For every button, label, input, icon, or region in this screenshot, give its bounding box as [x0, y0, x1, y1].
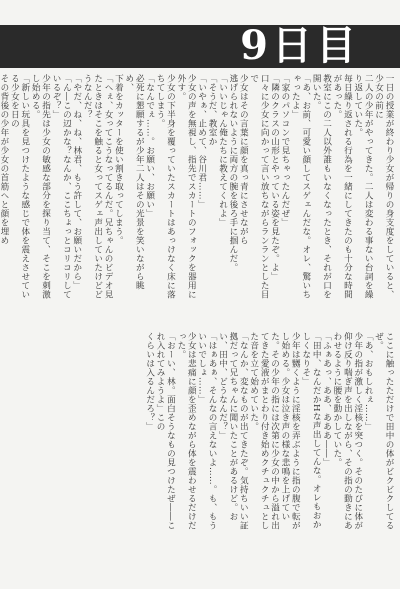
text-paragraph: 逃げられないように両方の腕を後ろ手に掴んだ。 [228, 74, 238, 299]
upper-text-block: 一日の授業が終わり少女が帰りの身支度をしていると、少女の前に二人の少年がやってき… [2, 74, 394, 299]
text-paragraph: 少女の声を無視し、指先でスカートのフォックを器用に外す。 [175, 74, 196, 299]
text-paragraph: 少女はその言葉に顔を真っ青にさせながら [238, 74, 248, 299]
text-paragraph: 毎日繰り返される行為を一緒にしてきたのも十分な時間があった。 [332, 74, 353, 299]
text-paragraph: 「おーい、林。面白そうなもの見つけたぜ――これ入れてみようよ」この [155, 332, 176, 532]
text-paragraph: 「新しい玩具を見つけたような感じで体を震えさせている少女を日の [9, 74, 30, 299]
text-paragraph: 教室にこの二人以外誰もいなくなったとき、それが口を開いた。 [311, 74, 332, 299]
text-paragraph: 少年の指が激しく淫核を突つく。そのたびに体が仰け反り喘ぎ声を出しながら、その指の… [332, 332, 363, 532]
text-paragraph: 少年は嬲くように淫核を弄ぶように指の腹で転がし始める。少女は泣き声の様な悲鳴を上… [248, 332, 300, 532]
text-paragraph: 下着をカッターを使い割き取ってしまう。 [113, 74, 123, 299]
text-paragraph: 少年の指先は少女の敏感な部分を探り当て、そこを刺激し始める。 [30, 74, 51, 299]
text-paragraph: 「ふぁあっ、ああ、あああ――」 [321, 332, 331, 532]
text-paragraph: くらいは入るんだろ？」 [144, 332, 154, 532]
text-paragraph: 「やだ、ね、ね、林君、もう許して、お願いだから」 [71, 74, 81, 299]
text-paragraph: 口々に少女に向かって言い放ちながらランランとした目で [248, 74, 269, 299]
chapter-title: 9日目 [240, 22, 360, 70]
text-paragraph: 少女の下半身を覆っていたスカートはあっけなく床に落ちてしまう。 [155, 74, 176, 299]
text-paragraph: 「あ、おもしれぇ……」 [363, 332, 373, 532]
text-paragraph: 「なんか、変なものが出てきたぞ。気持ちいい証拠だって兄ちゃんに聞いたことがあるけ… [217, 332, 248, 532]
text-paragraph: 「そうだ、教室か [207, 74, 217, 299]
text-paragraph: 一日の授業が終わり少女が帰りの身支度をしていると、少女の前に [373, 74, 394, 299]
text-paragraph: 必死に懇願するが少年二人はその光景を笑いながら眺め、 [123, 74, 144, 299]
text-paragraph: ここに触ったただけで田中の体がビクビクしてるぜ。 [373, 332, 394, 532]
text-paragraph: 少女は悲痛に顔を歪めながら体を震わせるだけだった。 [175, 332, 196, 532]
text-paragraph: 「田中、なんだかHな声出してんな。オレもおかしくなりそ」 [300, 332, 321, 532]
text-paragraph: 「いやぁ、止めて、谷川君……」 [196, 74, 206, 299]
text-paragraph: その背後の少年が少女の首筋へと顔を埋め [0, 74, 9, 299]
text-paragraph: 「あ、お前、可愛い顔してスゲェんだな。オレ、驚いちゃったよ」 [290, 74, 311, 299]
lower-text-block: ここに触ったただけで田中の体がビクビクしてるぜ。「あ、おもしれぇ……」少年の指が… [208, 332, 394, 532]
text-paragraph: 「へぇ、女ってこうなってるんだ。兄ちゃんのビデオ見たときはそこを触ると女ってスゲ… [82, 74, 113, 299]
text-paragraph: 「なんでぇ……。お願い、お願い」 [144, 74, 154, 299]
text-paragraph: 「家のパソコンで見ちゃったんだぜ」 [280, 74, 290, 299]
text-paragraph: 「ん―この辺かな？なんか、ここちょっとコリコリしているぞ？」 [51, 74, 72, 299]
text-paragraph: 「隣のクラスの山形とやっている姿を見たぞ。よ」 [269, 74, 279, 299]
text-paragraph: 「いいじゃん俺たちに教えてくれよ」 [217, 74, 227, 299]
text-paragraph: 二人の少年がやってきた。二人は変わる事ない台詞を繰り返していた。 [352, 74, 373, 299]
text-paragraph: 「はぁあぁ、そんなの言えないよ……。も、もういいでしょ……」 [196, 332, 217, 532]
